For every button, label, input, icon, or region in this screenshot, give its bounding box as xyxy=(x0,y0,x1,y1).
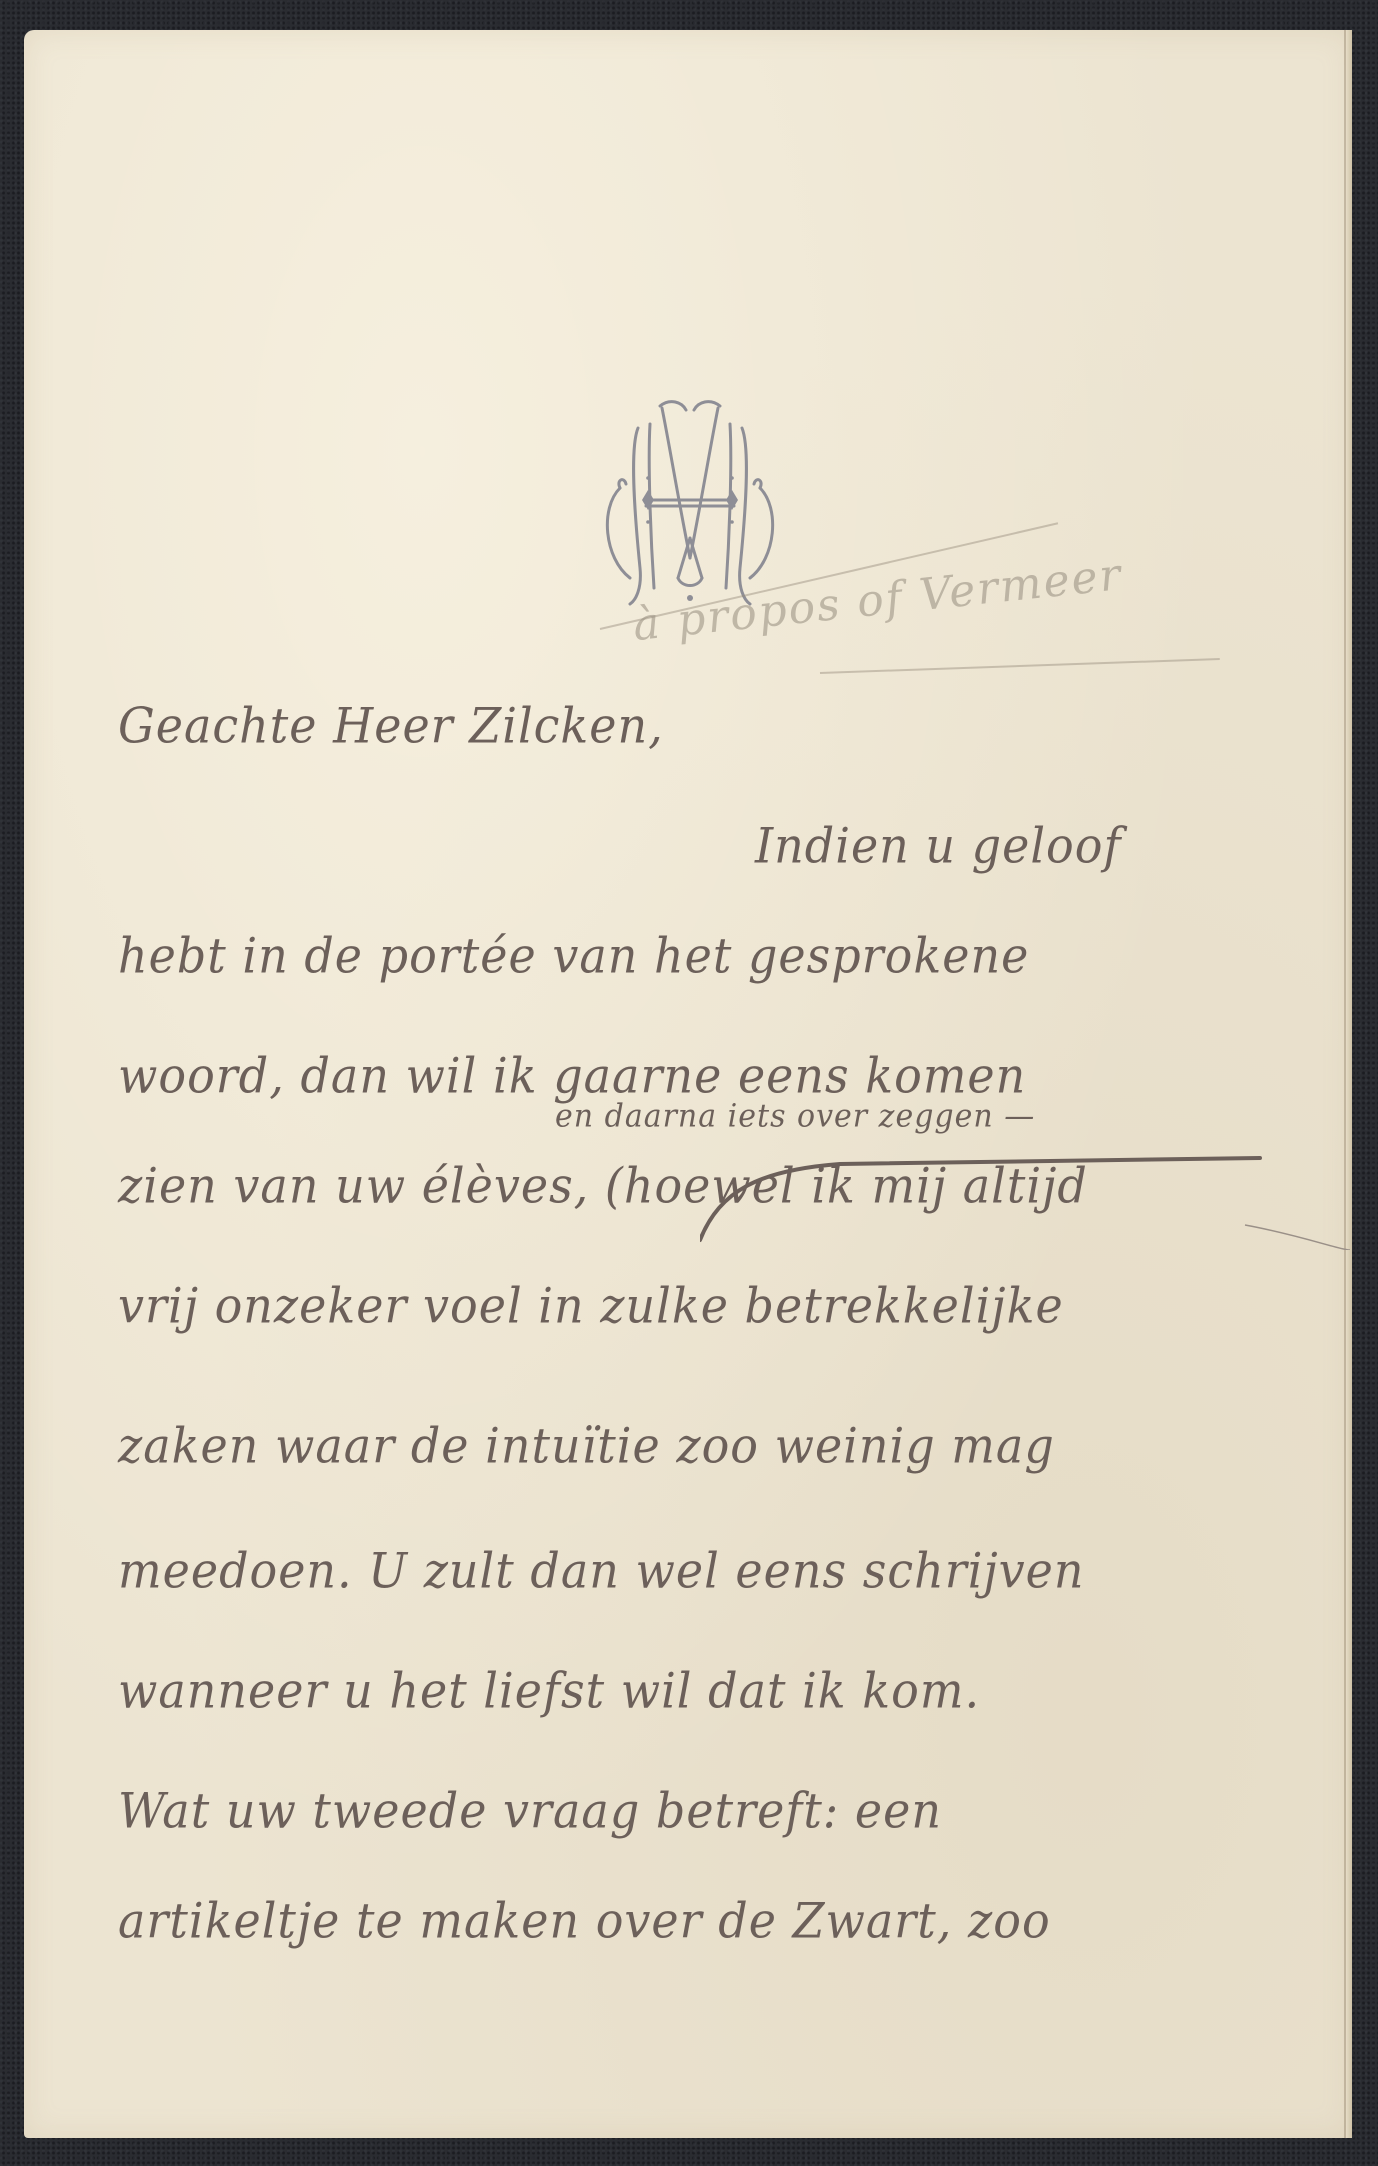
insertion-mark-icon xyxy=(700,1150,1350,1250)
letter-line: vrij onzeker voel in zulke betrekkelijke xyxy=(118,1277,1064,1334)
letter-line: hebt in de portée van het gesprokene xyxy=(118,927,1029,984)
letter-line: woord, dan wil ik gaarne eens komen xyxy=(118,1047,1026,1104)
salutation: Geachte Heer Zilcken, xyxy=(118,697,664,754)
letter-line: meedoen. U zult dan wel eens schrijven xyxy=(118,1542,1085,1599)
letter-line: zaken waar de intuïtie zoo weinig mag xyxy=(118,1417,1055,1474)
letter-body: Geachte Heer Zilcken, Indien u geloof he… xyxy=(0,0,1378,2166)
interlinear-insertion: en daarna iets over zeggen — xyxy=(555,1098,1035,1135)
letter-line: Indien u geloof xyxy=(755,817,1121,874)
letter-line: artikeltje te maken over de Zwart, zoo xyxy=(118,1892,1051,1949)
letter-line: Wat uw tweede vraag betreft: een xyxy=(118,1782,942,1839)
letter-line: wanneer u het liefst wil dat ik kom. xyxy=(118,1662,980,1719)
